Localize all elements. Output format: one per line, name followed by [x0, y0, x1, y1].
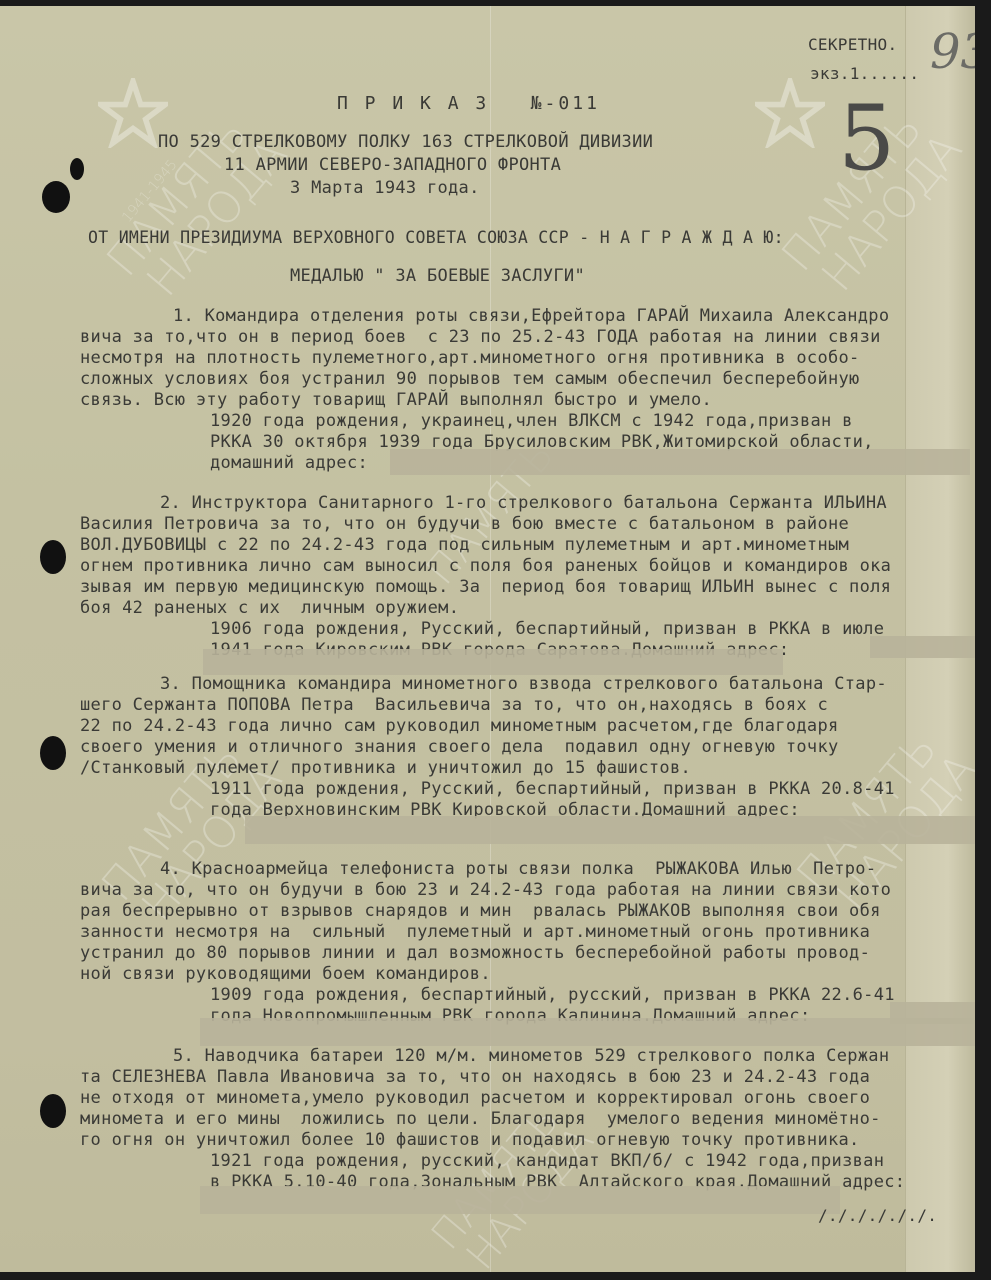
entry-line: не отходя от миномета,умело руководил ра… [80, 1088, 870, 1108]
entry-line: 1. Командира отделения роты связи,Ефрейт… [173, 306, 889, 326]
entry-line: шего Сержанта ПОПОВА Петра Васильевича з… [80, 695, 828, 715]
entry-line: /Станковый пулемет/ противника и уничтож… [80, 758, 691, 778]
entry-line: несмотря на плотность пулеметного,арт.ми… [80, 348, 860, 368]
entry-line: миномета и его мины ложились по цели. Бл… [80, 1109, 881, 1129]
entry-line: устранил до 80 порывов линии и дал возмо… [80, 943, 870, 963]
bio-line: 1921 года рождения, русский, кандидат ВК… [210, 1151, 884, 1171]
copy-label: экз.1...... [810, 64, 919, 83]
punch-hole [40, 736, 66, 770]
title-line1: ПО 529 СТРЕЛКОВОМУ ПОЛКУ 163 СТРЕЛКОВОЙ … [158, 132, 653, 152]
handwritten-mark: 5 [838, 86, 895, 191]
entry-line: своего умения и отличного знания своего … [80, 737, 839, 757]
punch-hole [70, 158, 84, 180]
document-page: 1941-1945 ПАМЯТЬ НАРОДА ПАМЯТЬ НАРОДА ПА… [0, 6, 975, 1272]
entry-line: вича за то,что он в период боев с 23 по … [80, 327, 881, 347]
entry-line: 5. Наводчика батареи 120 м/м. минометов … [173, 1046, 889, 1066]
medal-name: МЕДАЛЬЮ " ЗА БОЕВЫЕ ЗАСЛУГИ" [290, 266, 585, 286]
bio-line: 1906 года рождения, Русский, беспартийны… [210, 619, 884, 639]
entry-line: сложных условиях боя устранил 90 порывов… [80, 369, 860, 389]
title-line2: 11 АРМИИ СЕВЕРО-ЗАПАДНОГО ФРОНТА [224, 155, 561, 175]
order-title: П Р И К А З №-011 [337, 93, 600, 114]
entry-line: Василия Петровича за то, что он будучи в… [80, 514, 849, 534]
order-date: 3 Марта 1943 года. [290, 178, 480, 198]
punch-hole [40, 1094, 66, 1128]
redacted-address [203, 649, 783, 675]
entry-line: 2. Инструктора Санитарного 1-го стрелков… [160, 493, 887, 513]
entry-line: вича за то, что он будучи в бою 23 и 24.… [80, 880, 891, 900]
redacted-address [870, 636, 975, 658]
closing-marks: /./././././. [818, 1206, 937, 1225]
punch-hole [40, 540, 66, 574]
entry-line: боя 42 раненых с их личным оружием. [80, 598, 459, 618]
redacted-address [200, 1018, 975, 1046]
bio-line: 1909 года рождения, беспартийный, русски… [210, 985, 895, 1005]
bio-line: 1911 года рождения, Русский, беспартийны… [210, 779, 895, 799]
entry-line: связь. Всю эту работу товарищ ГАРАЙ выпо… [80, 390, 712, 410]
redacted-address [390, 449, 970, 475]
preamble: ОТ ИМЕНИ ПРЕЗИДИУМА ВЕРХОВНОГО СОВЕТА СО… [88, 228, 784, 247]
entry-line: 4. Красноармейца телефониста роты связи … [160, 859, 876, 879]
entry-line: занности несмотря на сильный пулеметный … [80, 922, 870, 942]
entry-line: рая беспрерывно от взрывов снарядов и ми… [80, 901, 881, 921]
entry-line: огнем противника лично сам выносил с пол… [80, 556, 891, 576]
redacted-address [200, 1186, 840, 1214]
punch-hole [42, 181, 70, 213]
watermark-star-icon [755, 78, 825, 148]
copy-number: 1 [850, 64, 860, 83]
copy-dots: ...... [860, 64, 920, 83]
entry-line: ВОЛ.ДУБОВИЦЫ с 22 по 24.2-43 года под си… [80, 535, 849, 555]
redacted-address [245, 816, 975, 844]
classification-stamp: СЕКРЕТНО. [808, 35, 897, 54]
handwritten-page-number: 93 [930, 24, 975, 80]
entry-line: та СЕЛЕЗНЕВА Павла Ивановича за то, что … [80, 1067, 870, 1087]
copy-label-text: экз. [810, 64, 850, 83]
entry-line: ной связи руководящими боем командиров. [80, 964, 491, 984]
entry-line: го огня он уничтожил более 10 фашистов и… [80, 1130, 860, 1150]
bio-line: 1920 года рождения, украинец,член ВЛКСМ … [210, 411, 853, 431]
entry-line: 22 по 24.2-43 года лично сам руководил м… [80, 716, 839, 736]
bio-line: домашний адрес: [210, 453, 368, 473]
entry-line: 3. Помощника командира минометного взвод… [160, 674, 887, 694]
entry-line: зывая им первую медицинскую помощь. За п… [80, 577, 891, 597]
